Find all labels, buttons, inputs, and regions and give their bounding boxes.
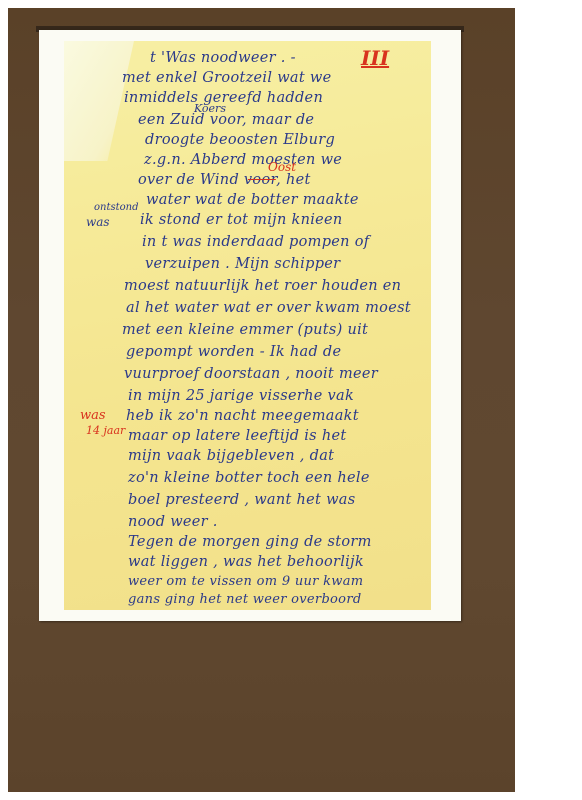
- struck-word: Wal: [248, 172, 276, 188]
- handwritten-line: met enkel Grootzeil wat we: [122, 70, 332, 86]
- margin-note-red-was: was: [80, 408, 106, 423]
- handwritten-line: t 'Was noodweer . -: [150, 50, 296, 66]
- handwritten-line: al het water wat er over kwam moest: [126, 300, 411, 316]
- handwritten-line: boel presteerd , want het was: [128, 492, 356, 508]
- handwritten-line: mijn vaak bijgebleven , dat: [128, 448, 334, 464]
- handwritten-line: een Zuid voor, maar de: [138, 112, 314, 128]
- handwritten-line: vuurproef doorstaan , nooit meer: [124, 366, 378, 382]
- handwritten-line: gans ging het net weer overboord: [128, 592, 361, 607]
- handwritten-line: in mijn 25 jarige visserhe vak: [128, 388, 354, 404]
- handwritten-line: heb ik zo'n nacht meegemaakt: [126, 408, 359, 424]
- handwritten-line: water wat de botter maakte: [146, 192, 359, 208]
- handwritten-line: moest natuurlijk het roer houden en: [124, 278, 401, 294]
- handwritten-line: wat liggen , was het behoorlijk: [128, 554, 364, 570]
- handwritten-line: z.g.n. Abberd moesten we: [144, 152, 342, 168]
- handwritten-line: met een kleine emmer (puts) uit: [122, 322, 368, 338]
- handwritten-line: ik stond er tot mijn knieen: [140, 212, 343, 228]
- handwritten-line: over de Wind voor, het: [138, 172, 311, 188]
- handwritten-line: weer om te vissen om 9 uur kwam: [128, 574, 363, 589]
- margin-note-red-age: 14 jaar: [86, 424, 125, 437]
- handwritten-line: Tegen de morgen ging de storm: [128, 534, 372, 550]
- handwritten-line: maar op latere leeftijd is het: [128, 428, 346, 444]
- section-marker-roman-numeral: III: [361, 46, 389, 70]
- handwritten-line: nood weer .: [128, 514, 218, 530]
- handwritten-line: droogte beoosten Elburg: [145, 132, 335, 148]
- handwritten-line: in t was inderdaad pompen of: [142, 234, 369, 250]
- handwritten-line: gepompt worden - Ik had de: [126, 344, 341, 360]
- handwritten-line: verzuipen . Mijn schipper: [145, 256, 340, 272]
- handwritten-line: zo'n kleine botter toch een hele: [128, 470, 370, 486]
- margin-note-ontstond: ontstond: [94, 202, 139, 213]
- margin-note-was: was: [86, 215, 110, 229]
